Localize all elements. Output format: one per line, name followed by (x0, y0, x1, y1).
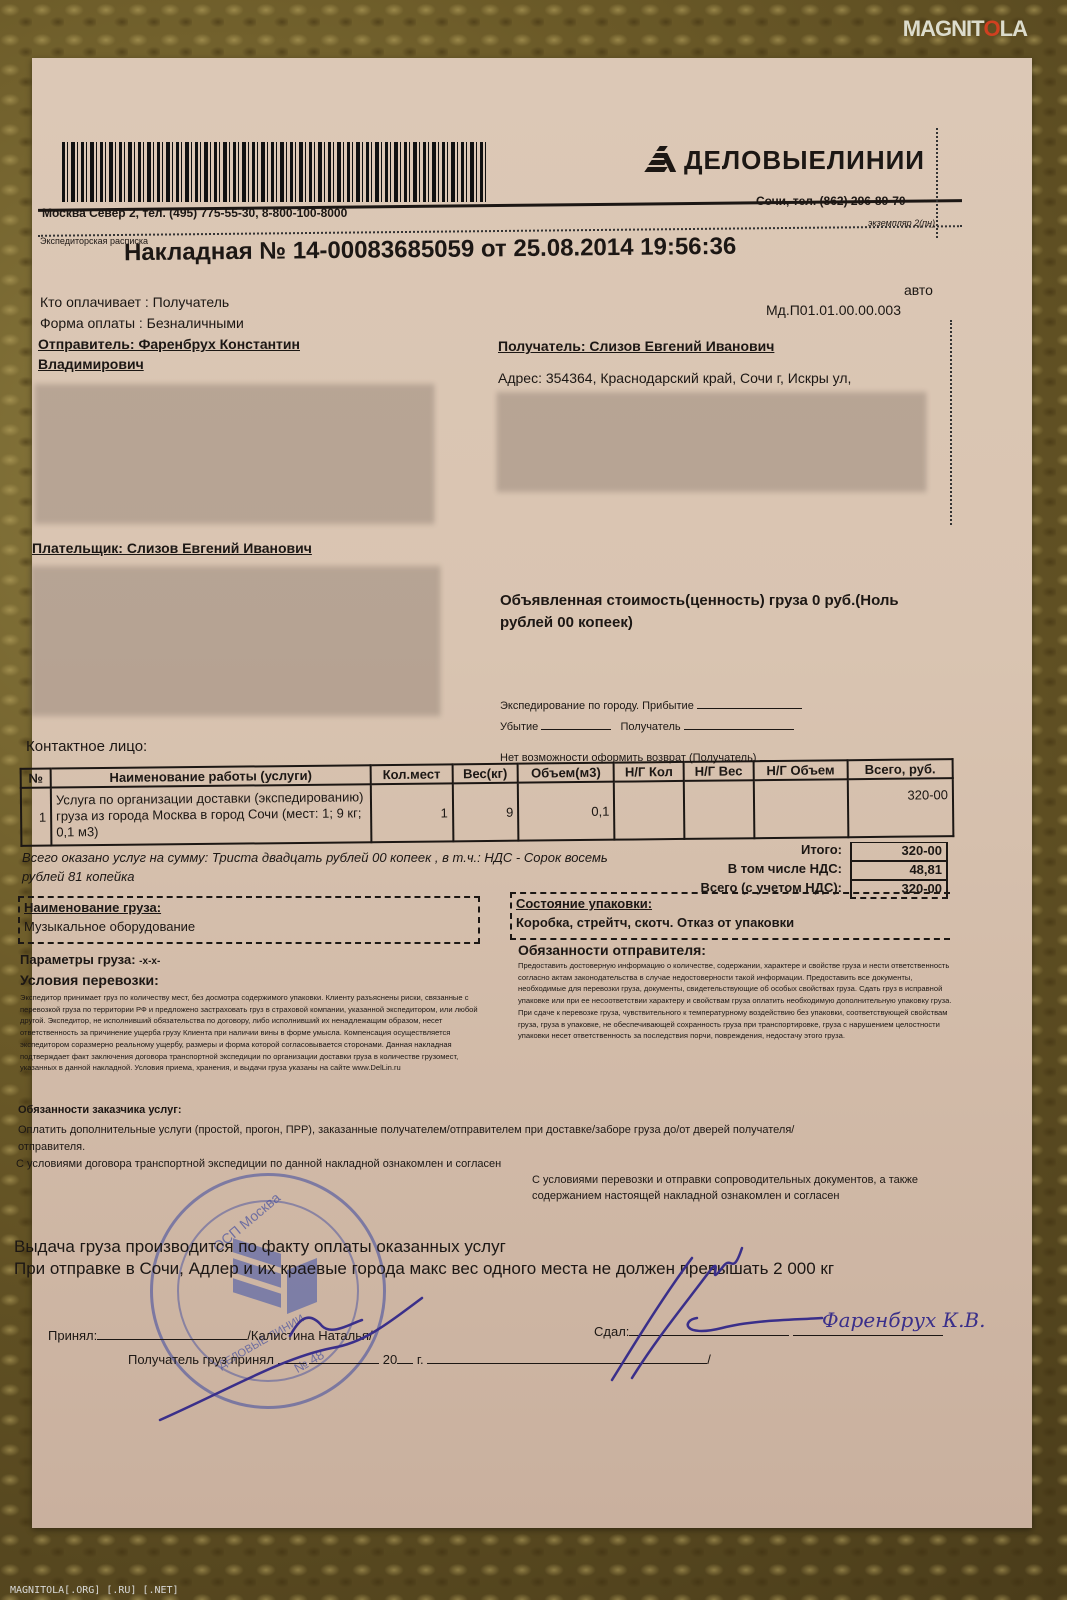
watermark-logo: MAGNITOLA (903, 16, 1027, 42)
signatures-ink (32, 58, 1032, 1528)
watermark-url: MAGNITOLA[.ORG] [.RU] [.NET] (10, 1585, 179, 1596)
waybill-document: ДЕЛОВЫЕЛИНИИ Сочи, тел. (862) 296-89-70 … (32, 58, 1032, 1528)
handed-signature-icon (612, 1248, 742, 1380)
accepted-signature-icon (160, 1298, 422, 1420)
